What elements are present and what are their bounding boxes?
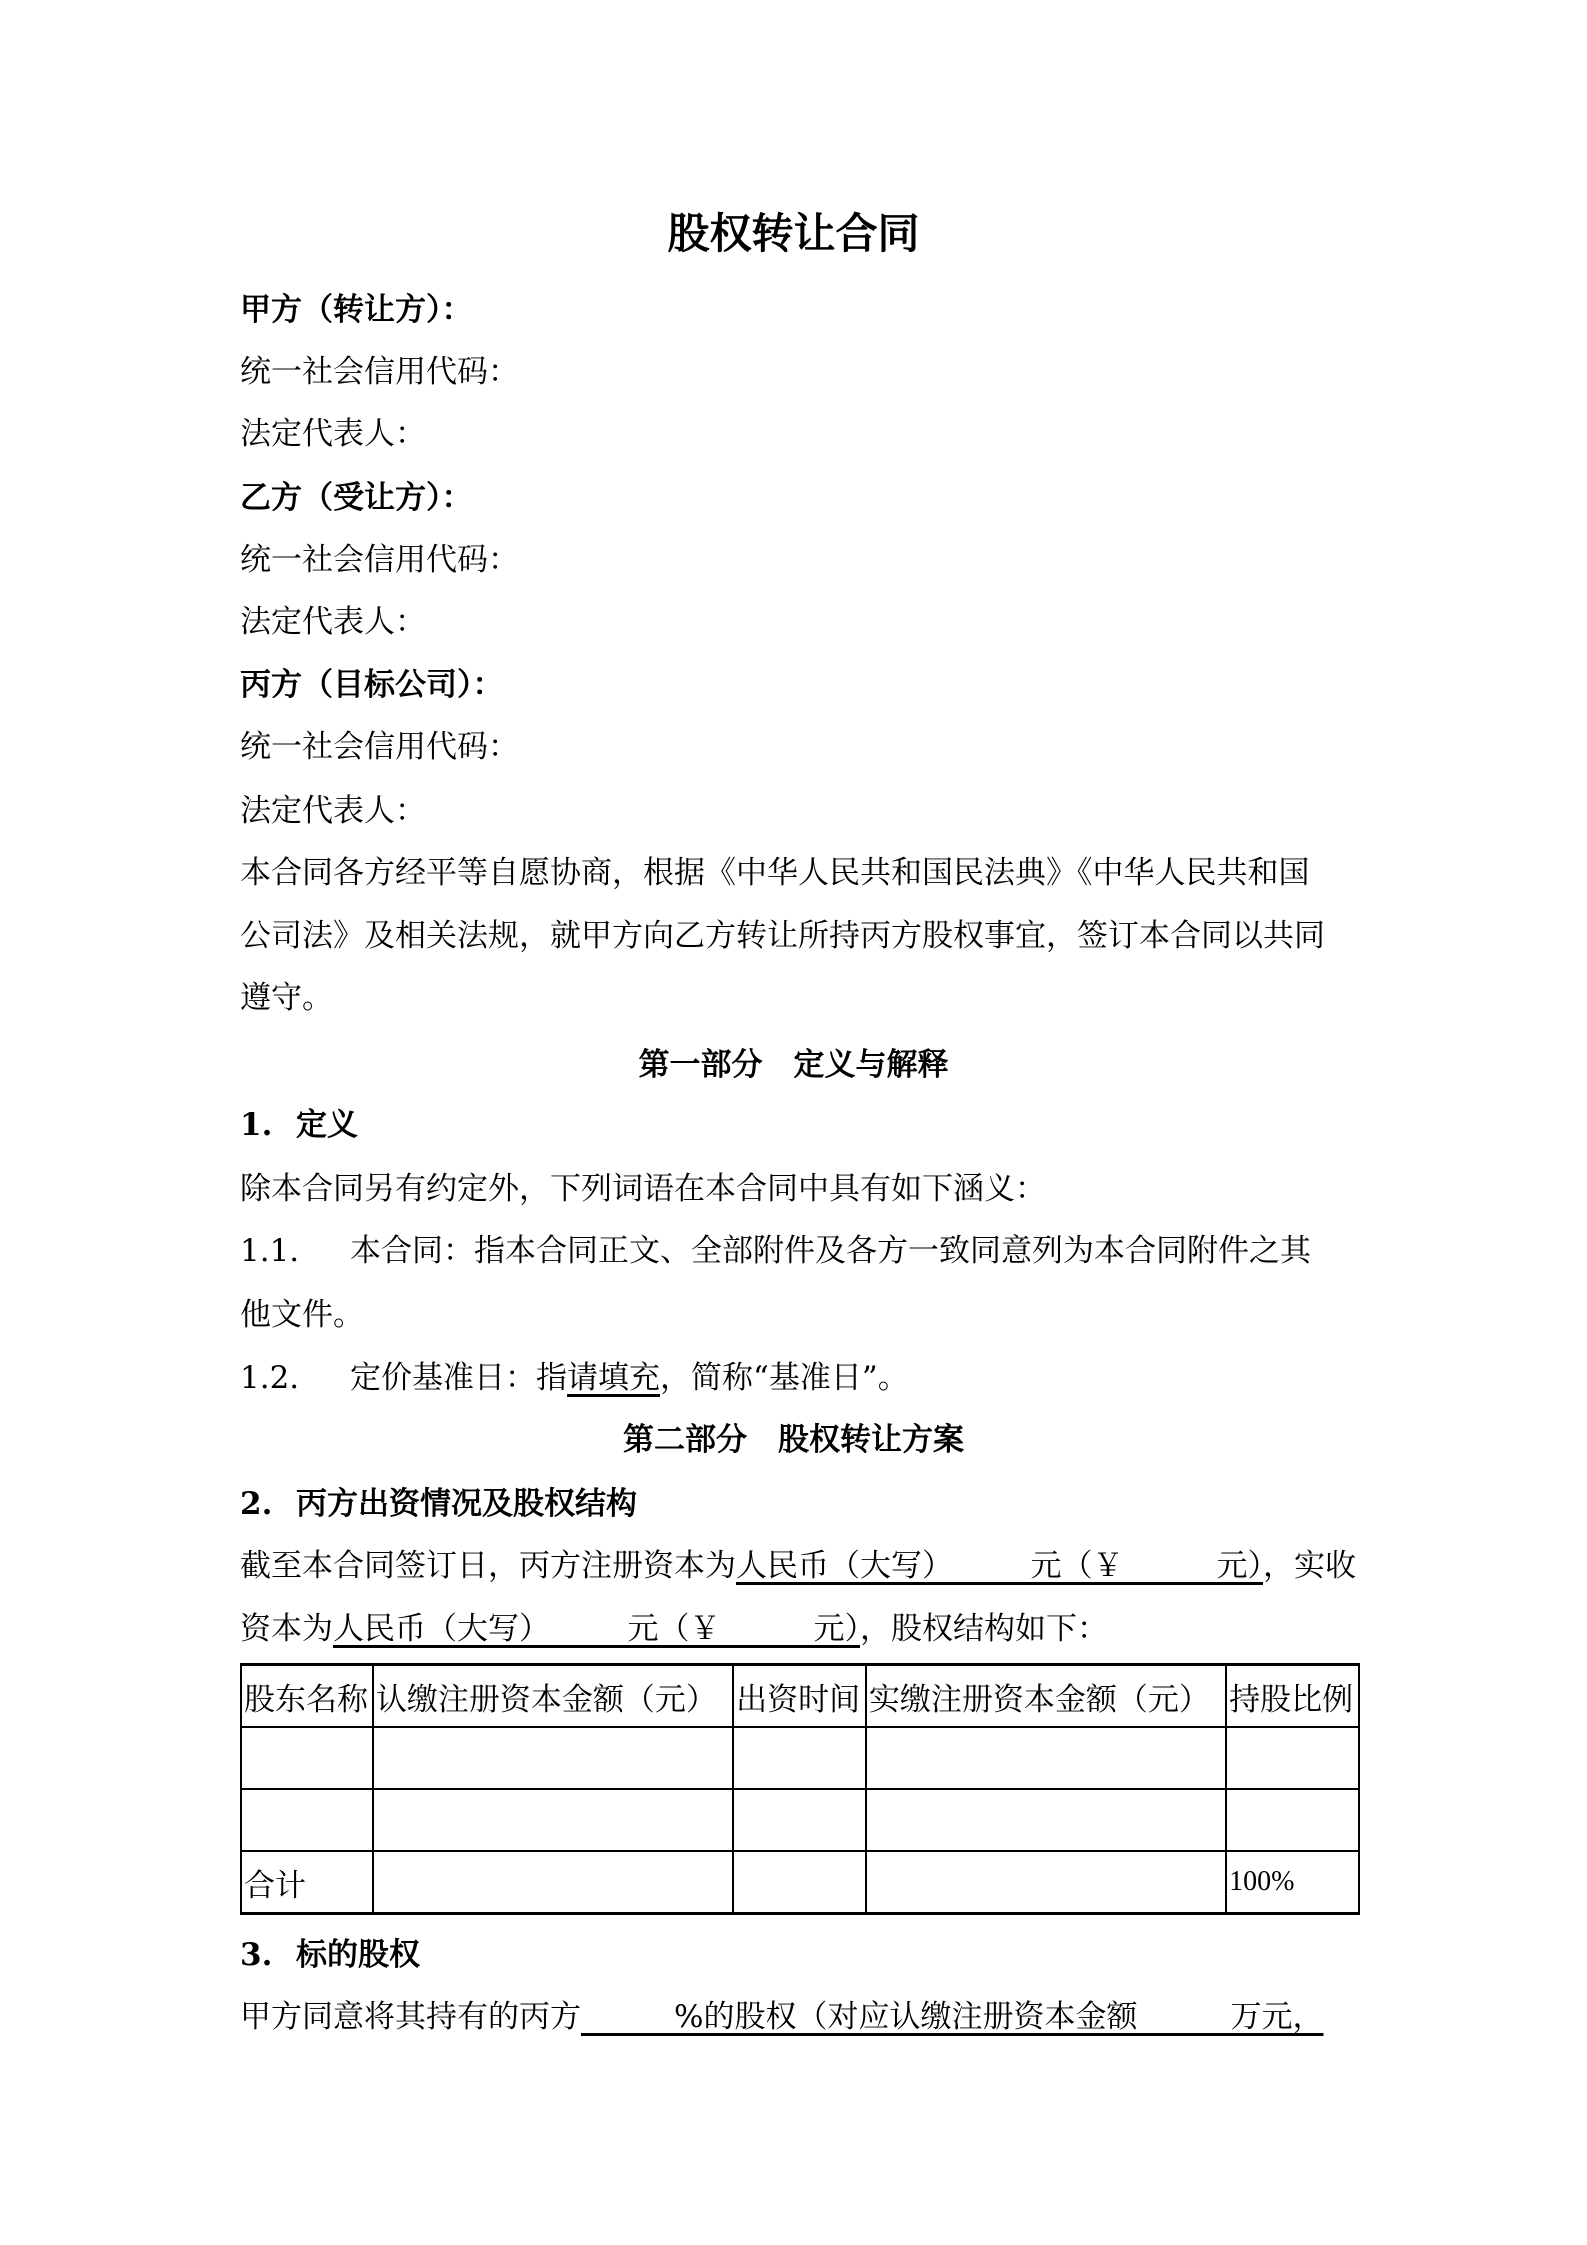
header-shareholding-ratio: 持股比例 — [1226, 1665, 1359, 1728]
text: 资本为 — [240, 1611, 333, 1647]
section-number: 3. — [240, 1935, 296, 1975]
total-label: 合计 — [241, 1851, 373, 1914]
table-cell[interactable] — [866, 1727, 1226, 1789]
capital-paragraph-line-1: 截至本合同签订日，丙方注册资本为人民币（大写） 元（￥ 元），实收 — [240, 1546, 1356, 1586]
item-text-post: ，简称“基准日”。 — [660, 1360, 909, 1396]
text: ，实收 — [1263, 1548, 1356, 1584]
capital-paragraph-line-2: 资本为人民币（大写） 元（￥ 元），股权结构如下： — [240, 1609, 1108, 1649]
party-a-heading: 甲方（转让方）： — [240, 290, 473, 330]
section-title: 定义 — [296, 1107, 358, 1143]
fill-in-blank[interactable]: 请填充 — [567, 1360, 660, 1396]
header-paid-capital: 实缴注册资本金额（元） — [866, 1665, 1226, 1728]
party-b-legal-rep-label: 法定代表人： — [240, 602, 426, 642]
section-number: 1. — [240, 1105, 296, 1145]
section-title: 标的股权 — [296, 1937, 420, 1973]
total-percentage: 100% — [1226, 1851, 1359, 1914]
item-number: 1.1. — [240, 1231, 350, 1271]
section-number: 2. — [240, 1484, 296, 1524]
item-text: 定价基准日：指 — [350, 1360, 567, 1396]
section-2-heading: 2.丙方出资情况及股权结构 — [240, 1484, 637, 1524]
table-cell[interactable] — [733, 1789, 866, 1851]
definition-1-2: 1.2.定价基准日：指请填充，简称“基准日”。 — [240, 1358, 909, 1398]
table-cell[interactable] — [241, 1727, 373, 1789]
text: ，股权结构如下： — [860, 1611, 1108, 1647]
target-equity-paragraph: 甲方同意将其持有的丙方 %的股权（对应认缴注册资本金额 万元， — [240, 1997, 1323, 2037]
table-header-row: 股东名称 认缴注册资本金额（元） 出资时间 实缴注册资本金额（元） 持股比例 — [241, 1665, 1359, 1728]
table-cell[interactable] — [373, 1727, 733, 1789]
section-3-heading: 3.标的股权 — [240, 1935, 420, 1975]
party-b-heading: 乙方（受让方）： — [240, 478, 473, 518]
table-cell[interactable] — [1226, 1789, 1359, 1851]
preamble-line-1: 本合同各方经平等自愿协商，根据《中华人民共和国民法典》《中华人民共和国 — [240, 853, 1310, 893]
party-a-legal-rep-label: 法定代表人： — [240, 414, 426, 454]
table-cell[interactable] — [373, 1851, 733, 1914]
text: 截至本合同签订日，丙方注册资本为 — [240, 1548, 736, 1584]
part1-heading: 第一部分 定义与解释 — [0, 1045, 1587, 1085]
table-cell[interactable] — [373, 1789, 733, 1851]
table-cell[interactable] — [866, 1789, 1226, 1851]
table-cell[interactable] — [866, 1851, 1226, 1914]
equity-structure-table: 股东名称 认缴注册资本金额（元） 出资时间 实缴注册资本金额（元） 持股比例 合… — [240, 1663, 1360, 1915]
registered-capital-blank[interactable]: 人民币（大写） 元（￥ 元） — [736, 1548, 1263, 1584]
preamble-line-3: 遵守。 — [240, 978, 333, 1018]
definition-1-1-cont: 他文件。 — [240, 1295, 364, 1335]
preamble-line-2: 公司法》及相关法规，就甲方向乙方转让所持丙方股权事宜，签订本合同以共同 — [240, 916, 1325, 956]
definitions-intro: 除本合同另有约定外，下列词语在本合同中具有如下涵义： — [240, 1169, 1046, 1209]
party-a-credit-code-label: 统一社会信用代码： — [240, 352, 519, 392]
header-subscribed-capital: 认缴注册资本金额（元） — [373, 1665, 733, 1728]
table-cell[interactable] — [733, 1851, 866, 1914]
section-title: 丙方出资情况及股权结构 — [296, 1486, 637, 1522]
text: 甲方同意将其持有的丙方 — [240, 1999, 581, 2035]
table-total-row: 合计 100% — [241, 1851, 1359, 1914]
party-c-heading: 丙方（目标公司）： — [240, 665, 504, 705]
table-cell[interactable] — [1226, 1727, 1359, 1789]
party-b-credit-code-label: 统一社会信用代码： — [240, 540, 519, 580]
table-cell[interactable] — [241, 1789, 373, 1851]
header-contribution-date: 出资时间 — [733, 1665, 866, 1728]
item-number: 1.2. — [240, 1358, 350, 1398]
table-row — [241, 1727, 1359, 1789]
party-c-legal-rep-label: 法定代表人： — [240, 791, 426, 831]
part2-heading: 第二部分 股权转让方案 — [0, 1420, 1587, 1460]
definition-1-1: 1.1.本合同：指本合同正文、全部附件及各方一致同意列为本合同附件之其 — [240, 1231, 1311, 1271]
table-cell[interactable] — [733, 1727, 866, 1789]
section-1-heading: 1.定义 — [240, 1105, 358, 1145]
header-shareholder-name: 股东名称 — [241, 1665, 373, 1728]
document-title: 股权转让合同 — [0, 208, 1587, 260]
party-c-credit-code-label: 统一社会信用代码： — [240, 727, 519, 767]
paid-in-capital-blank[interactable]: 人民币（大写） 元（￥ 元） — [333, 1611, 860, 1647]
equity-percentage-blank[interactable]: %的股权（对应认缴注册资本金额 万元， — [581, 1999, 1323, 2035]
table-row — [241, 1789, 1359, 1851]
item-text: 本合同：指本合同正文、全部附件及各方一致同意列为本合同附件之其 — [350, 1233, 1311, 1269]
